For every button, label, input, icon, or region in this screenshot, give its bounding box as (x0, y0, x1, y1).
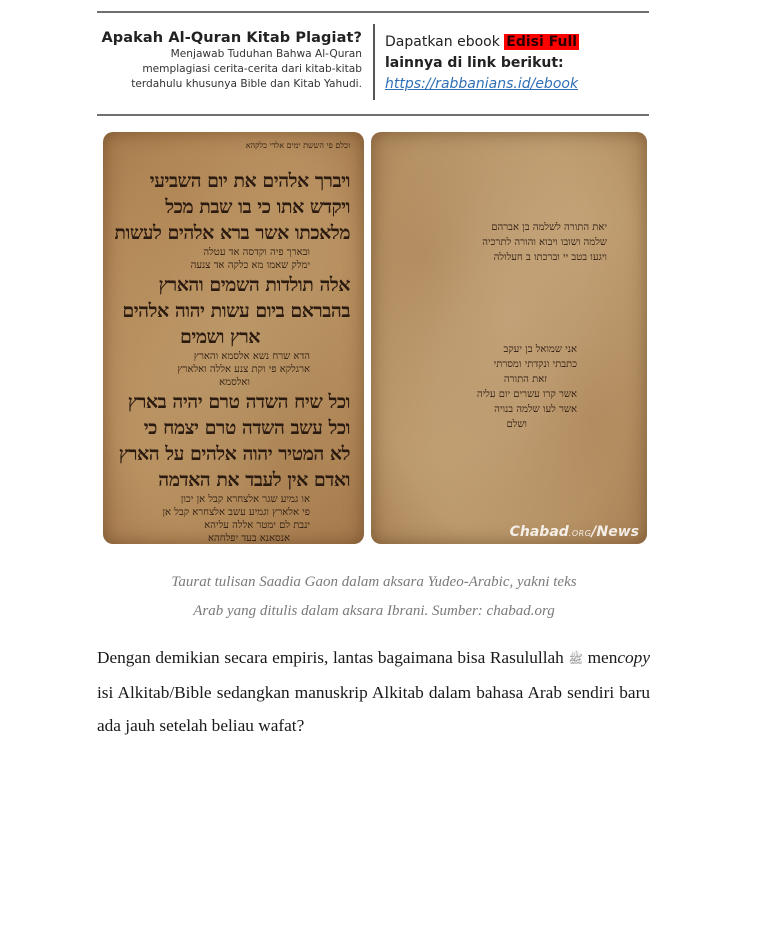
manuscript-right-block-1: יאת התורה לשלמה בן אברהם שלמה ושובו ויבו… (407, 220, 607, 265)
manuscript-left-text: ויברך אלהים את יום השביעי ויקדש אתו כי ב… (115, 168, 350, 544)
manuscript-right-block-2: אני שמואל בן יעקב כתבתי ונקדתי ומסרתי זא… (427, 342, 577, 432)
book-header: Apakah Al-Quran Kitab Plagiat? Menjawab … (90, 29, 362, 92)
book-subtitle-line-1: Menjawab Tuduhan Bahwa Al-Quran (90, 47, 362, 62)
manuscript-right-page: יאת התורה לשלמה בן אברהם שלמה ושובו ויבו… (371, 132, 647, 544)
book-subtitle-line-3: terdahulu khusunya Bible dan Kitab Yahud… (90, 77, 362, 92)
ebook-link[interactable]: https://rabbanians.id/ebook (385, 76, 578, 92)
book-title: Apakah Al-Quran Kitab Plagiat? (90, 29, 362, 47)
book-subtitle-line-2: memplagiasi cerita-cerita dari kitab-kit… (90, 62, 362, 77)
ebook-promo: Dapatkan ebook Edisi Full lainnya di lin… (385, 32, 655, 95)
manuscript-note: וכלם פי הששת ימים אלדי כלקהא (115, 140, 350, 151)
figure-caption: Taurat tulisan Saadia Gaon dalam aksara … (100, 568, 648, 626)
manuscript-figure: וכלם פי הששת ימים אלדי כלקהא ויברך אלהים… (103, 132, 648, 546)
promo-highlight: Edisi Full (504, 34, 579, 50)
header-vertical-divider (373, 24, 375, 100)
manuscript-left-page: וכלם פי הששת ימים אלדי כלקהא ויברך אלהים… (103, 132, 364, 544)
promo-line-2: lainnya di link berikut: (385, 53, 655, 74)
header-bottom-rule (97, 114, 649, 116)
body-paragraph: Dengan demikian secara empiris, lantas b… (97, 641, 650, 742)
chabad-watermark: Chabad.ORG/News (510, 524, 639, 540)
salawat-icon: ﷺ (568, 652, 583, 666)
promo-line-1: Dapatkan ebook Edisi Full (385, 32, 655, 53)
promo-prefix: Dapatkan ebook (385, 34, 504, 50)
header-top-rule (97, 11, 649, 13)
